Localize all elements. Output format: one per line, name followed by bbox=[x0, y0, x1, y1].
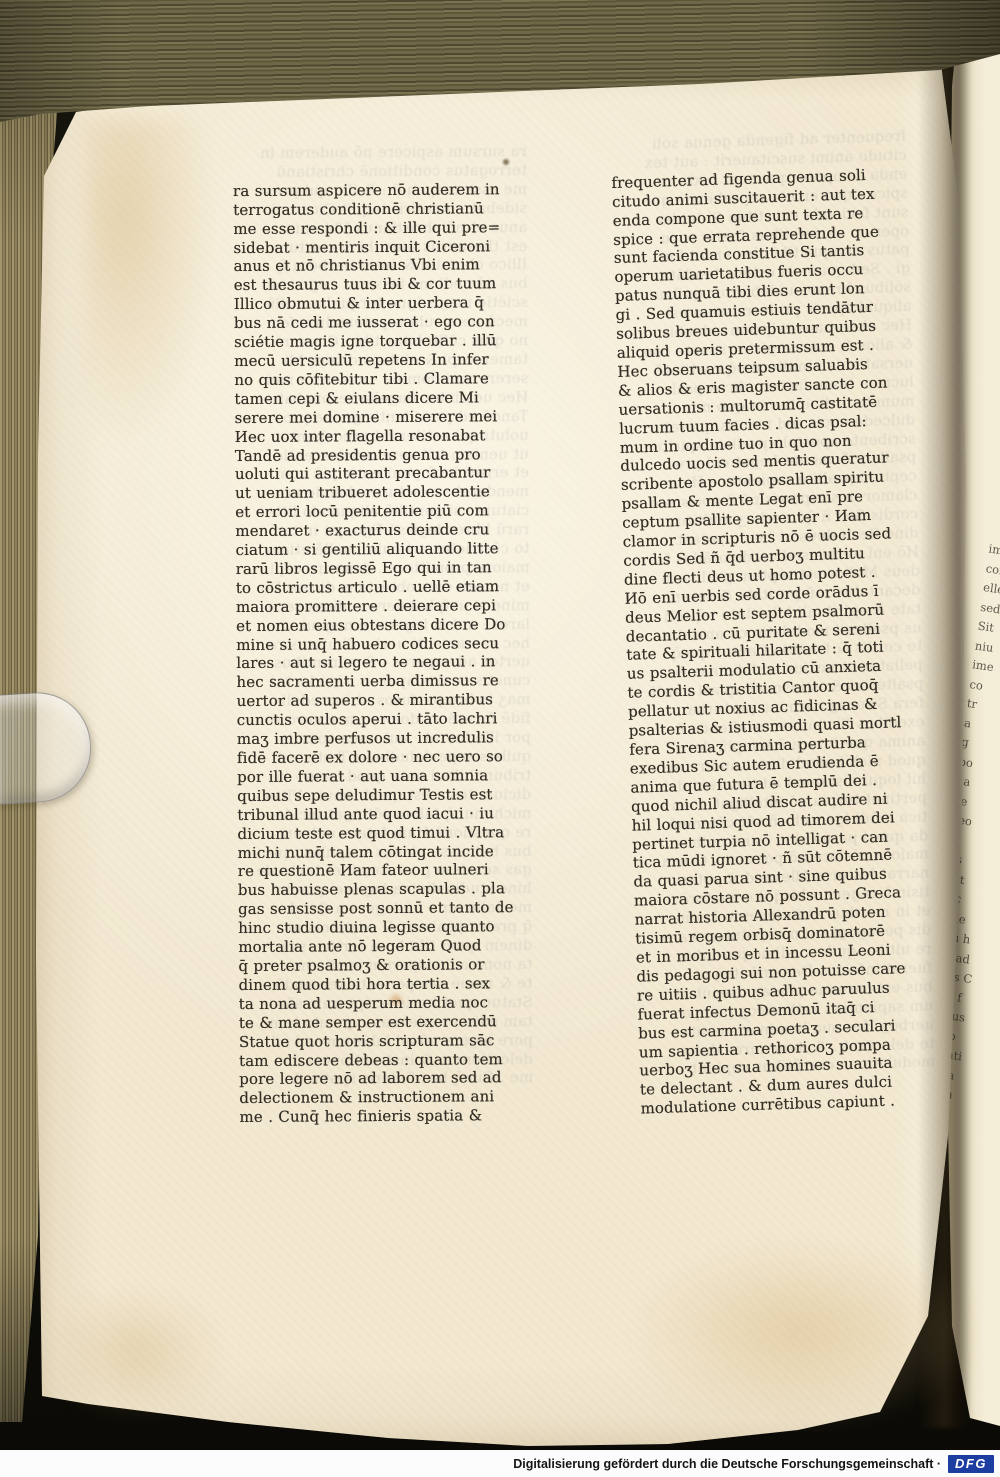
column-right-text: frequenter ad figenda genua soli citudo … bbox=[611, 164, 937, 1118]
text-column-right: frequenter ad figenda genua soli citudo … bbox=[610, 127, 936, 1088]
text-column-left: ra sursum aspicere nō auderem in terroga… bbox=[233, 142, 534, 1092]
digitization-footer: Digitalisierung gefördert durch die Deut… bbox=[0, 1450, 1000, 1477]
dfg-logo: DFG bbox=[948, 1455, 994, 1473]
column-left-text: ra sursum aspicere nō auderem in terroga… bbox=[233, 180, 534, 1127]
digitization-credit-text: Digitalisierung gefördert durch die Deut… bbox=[513, 1457, 941, 1471]
book-page-scan: { "colors": { "paper": "#f3e9d2", "ink":… bbox=[0, 0, 1000, 1477]
